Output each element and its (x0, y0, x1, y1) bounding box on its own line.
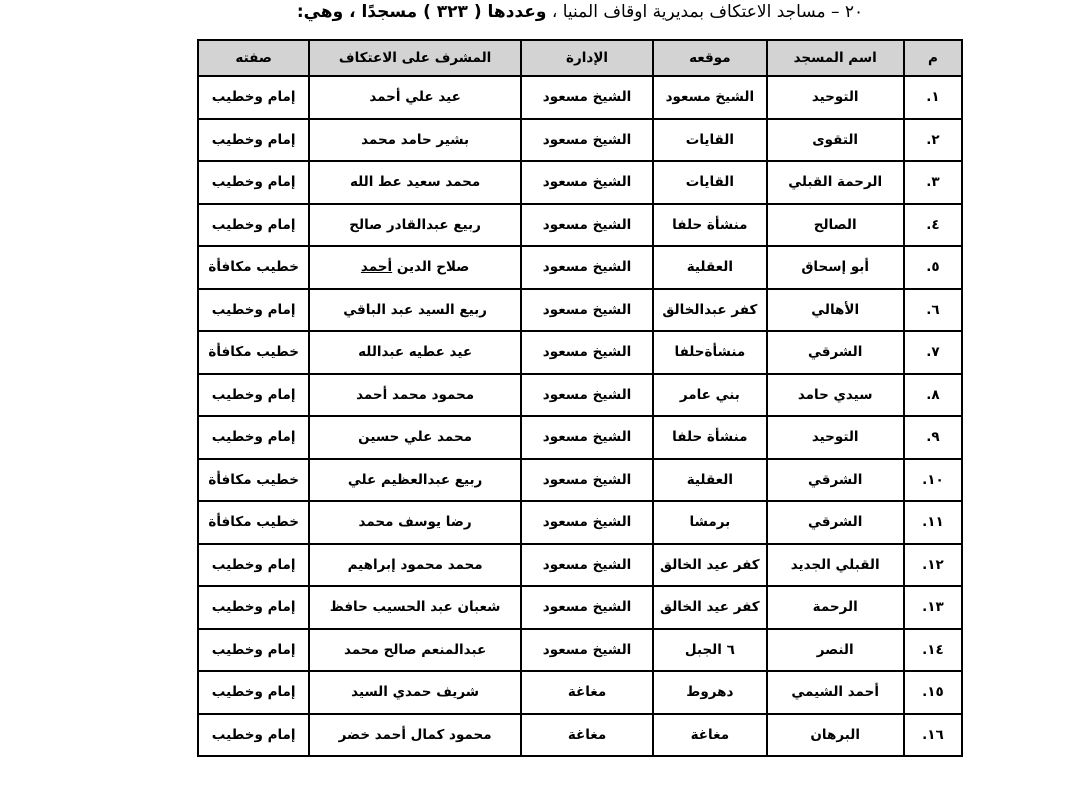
location-cell: القايات (653, 119, 766, 162)
supervisor-cell: عيد عطيه عبدالله (309, 331, 521, 374)
location-cell: العقلية (653, 246, 766, 289)
supervisor-cell: ربيع عبدالعظيم علي (309, 459, 521, 502)
supervisor-cell: عيد علي أحمد (309, 76, 521, 119)
location-cell: منشأة حلفا (653, 204, 766, 247)
administration-cell: الشيخ مسعود (521, 289, 653, 332)
role-cell: إمام وخطيب (198, 416, 309, 459)
supervisor-cell: عبدالمنعم صالح محمد (309, 629, 521, 672)
mosque-name-cell: سيدي حامد (767, 374, 904, 417)
location-cell: كفر عبدالخالق (653, 289, 766, 332)
administration-cell: الشيخ مسعود (521, 119, 653, 162)
supervisor-cell: شعبان عبد الحسيب حافظ (309, 586, 521, 629)
header-num: م (904, 40, 962, 76)
header-administration: الإدارة (521, 40, 653, 76)
mosque-name-cell: التوحيد (767, 416, 904, 459)
table-body: ١.التوحيدالشيخ مسعودالشيخ مسعودعيد علي أ… (198, 76, 962, 756)
mosque-name-cell: الشرقي (767, 459, 904, 502)
supervisor-cell: ربيع عبدالقادر صالح (309, 204, 521, 247)
table-row: ١٥.أحمد الشيميدهروطمغاغةشريف حمدي السيدإ… (198, 671, 962, 714)
page-title: ٢٠ – مساجد الاعتكاف بمديرية اوقاف المنيا… (197, 2, 963, 22)
administration-cell: الشيخ مسعود (521, 204, 653, 247)
header-role: صفته (198, 40, 309, 76)
administration-cell: الشيخ مسعود (521, 374, 653, 417)
table-row: ٩.التوحيدمنشأة حلفاالشيخ مسعودمحمد علي ح… (198, 416, 962, 459)
table-header-row: م اسم المسجد موقعه الإدارة المشرف على ال… (198, 40, 962, 76)
supervisor-cell: شريف حمدي السيد (309, 671, 521, 714)
table-row: ١٤.النصر٦ الجبلالشيخ مسعودعبدالمنعم صالح… (198, 629, 962, 672)
header-location: موقعه (653, 40, 766, 76)
num-cell: ١. (904, 76, 962, 119)
num-cell: ١٢. (904, 544, 962, 587)
role-cell: خطيب مكافأة (198, 459, 309, 502)
table-row: ٥.أبو إسحاقالعقليةالشيخ مسعودصلاح الدين … (198, 246, 962, 289)
administration-cell: الشيخ مسعود (521, 246, 653, 289)
num-cell: ٨. (904, 374, 962, 417)
num-cell: ١٦. (904, 714, 962, 757)
num-cell: ١٤. (904, 629, 962, 672)
page-title-bold-part: وعددها ( ٣٢٣ ) مسجدًا ، وهي: (297, 2, 547, 22)
mosque-name-cell: أبو إسحاق (767, 246, 904, 289)
supervisor-cell: ربيع السيد عبد الباقي (309, 289, 521, 332)
role-cell: إمام وخطيب (198, 586, 309, 629)
role-cell: إمام وخطيب (198, 374, 309, 417)
location-cell: دهروط (653, 671, 766, 714)
administration-cell: الشيخ مسعود (521, 76, 653, 119)
supervisor-cell: محمد سعيد عط الله (309, 161, 521, 204)
supervisor-underlined-part: أحمد (361, 259, 392, 275)
role-cell: إمام وخطيب (198, 544, 309, 587)
administration-cell: مغاغة (521, 671, 653, 714)
supervisor-cell: بشير حامد محمد (309, 119, 521, 162)
administration-cell: الشيخ مسعود (521, 544, 653, 587)
administration-cell: الشيخ مسعود (521, 501, 653, 544)
supervisor-cell: صلاح الدين أحمد (309, 246, 521, 289)
mosque-name-cell: الأهالي (767, 289, 904, 332)
table-row: ٤.الصالحمنشأة حلفاالشيخ مسعودربيع عبدالق… (198, 204, 962, 247)
location-cell: كفر عيد الخالق (653, 586, 766, 629)
document-page: ٢٠ – مساجد الاعتكاف بمديرية اوقاف المنيا… (0, 0, 1080, 795)
header-supervisor: المشرف على الاعتكاف (309, 40, 521, 76)
administration-cell: الشيخ مسعود (521, 416, 653, 459)
administration-cell: الشيخ مسعود (521, 629, 653, 672)
role-cell: خطيب مكافأة (198, 331, 309, 374)
mosque-name-cell: التقوى (767, 119, 904, 162)
num-cell: ٦. (904, 289, 962, 332)
table-row: ١٣.الرحمةكفر عيد الخالقالشيخ مسعودشعبان … (198, 586, 962, 629)
num-cell: ١١. (904, 501, 962, 544)
role-cell: إمام وخطيب (198, 714, 309, 757)
location-cell: الشيخ مسعود (653, 76, 766, 119)
location-cell: برمشا (653, 501, 766, 544)
location-cell: بني عامر (653, 374, 766, 417)
table-row: ٣.الرحمة القبليالقاياتالشيخ مسعودمحمد سع… (198, 161, 962, 204)
supervisor-cell: محمد محمود إبراهيم (309, 544, 521, 587)
role-cell: إمام وخطيب (198, 289, 309, 332)
role-cell: إمام وخطيب (198, 671, 309, 714)
mosque-name-cell: البرهان (767, 714, 904, 757)
num-cell: ٥. (904, 246, 962, 289)
table-row: ١١.الشرقيبرمشاالشيخ مسعودرضا يوسف محمدخط… (198, 501, 962, 544)
supervisor-cell: رضا يوسف محمد (309, 501, 521, 544)
mosque-name-cell: أحمد الشيمي (767, 671, 904, 714)
location-cell: ٦ الجبل (653, 629, 766, 672)
administration-cell: مغاغة (521, 714, 653, 757)
role-cell: خطيب مكافأة (198, 246, 309, 289)
role-cell: إمام وخطيب (198, 629, 309, 672)
mosque-name-cell: الشرقي (767, 501, 904, 544)
num-cell: ٢. (904, 119, 962, 162)
table-row: ٨.سيدي حامدبني عامرالشيخ مسعودمحمود محمد… (198, 374, 962, 417)
role-cell: إمام وخطيب (198, 76, 309, 119)
table-row: ٦.الأهاليكفر عبدالخالقالشيخ مسعودربيع ال… (198, 289, 962, 332)
mosque-name-cell: الرحمة (767, 586, 904, 629)
num-cell: ٤. (904, 204, 962, 247)
supervisor-cell: محمد علي حسين (309, 416, 521, 459)
role-cell: إمام وخطيب (198, 119, 309, 162)
num-cell: ٣. (904, 161, 962, 204)
num-cell: ١٣. (904, 586, 962, 629)
administration-cell: الشيخ مسعود (521, 161, 653, 204)
num-cell: ٧. (904, 331, 962, 374)
location-cell: كفر عيد الخالق (653, 544, 766, 587)
table-row: ١٠.الشرقيالعقليةالشيخ مسعودربيع عبدالعظي… (198, 459, 962, 502)
page-title-normal-part: ٢٠ – مساجد الاعتكاف بمديرية اوقاف المنيا… (546, 2, 863, 22)
num-cell: ٩. (904, 416, 962, 459)
location-cell: العقلية (653, 459, 766, 502)
num-cell: ١٠. (904, 459, 962, 502)
role-cell: إمام وخطيب (198, 204, 309, 247)
administration-cell: الشيخ مسعود (521, 459, 653, 502)
mosque-name-cell: الرحمة القبلي (767, 161, 904, 204)
supervisor-cell: محمود محمد أحمد (309, 374, 521, 417)
administration-cell: الشيخ مسعود (521, 586, 653, 629)
mosque-name-cell: الشرقي (767, 331, 904, 374)
header-mosque-name: اسم المسجد (767, 40, 904, 76)
administration-cell: الشيخ مسعود (521, 331, 653, 374)
table-row: ٧.الشرقيمنشأةحلفاالشيخ مسعودعيد عطيه عبد… (198, 331, 962, 374)
table-row: ١.التوحيدالشيخ مسعودالشيخ مسعودعيد علي أ… (198, 76, 962, 119)
table-row: ١٦.البرهانمغاغةمغاغةمحمود كمال أحمد خضرإ… (198, 714, 962, 757)
table-row: ١٢.القبلي الجديدكفر عيد الخالقالشيخ مسعو… (198, 544, 962, 587)
mosque-name-cell: النصر (767, 629, 904, 672)
mosque-name-cell: الصالح (767, 204, 904, 247)
location-cell: منشأة حلفا (653, 416, 766, 459)
mosque-name-cell: التوحيد (767, 76, 904, 119)
location-cell: القايات (653, 161, 766, 204)
supervisor-cell: محمود كمال أحمد خضر (309, 714, 521, 757)
role-cell: خطيب مكافأة (198, 501, 309, 544)
mosque-name-cell: القبلي الجديد (767, 544, 904, 587)
location-cell: مغاغة (653, 714, 766, 757)
num-cell: ١٥. (904, 671, 962, 714)
location-cell: منشأةحلفا (653, 331, 766, 374)
mosques-table: م اسم المسجد موقعه الإدارة المشرف على ال… (197, 39, 963, 757)
table-row: ٢.التقوىالقاياتالشيخ مسعودبشير حامد محمد… (198, 119, 962, 162)
role-cell: إمام وخطيب (198, 161, 309, 204)
